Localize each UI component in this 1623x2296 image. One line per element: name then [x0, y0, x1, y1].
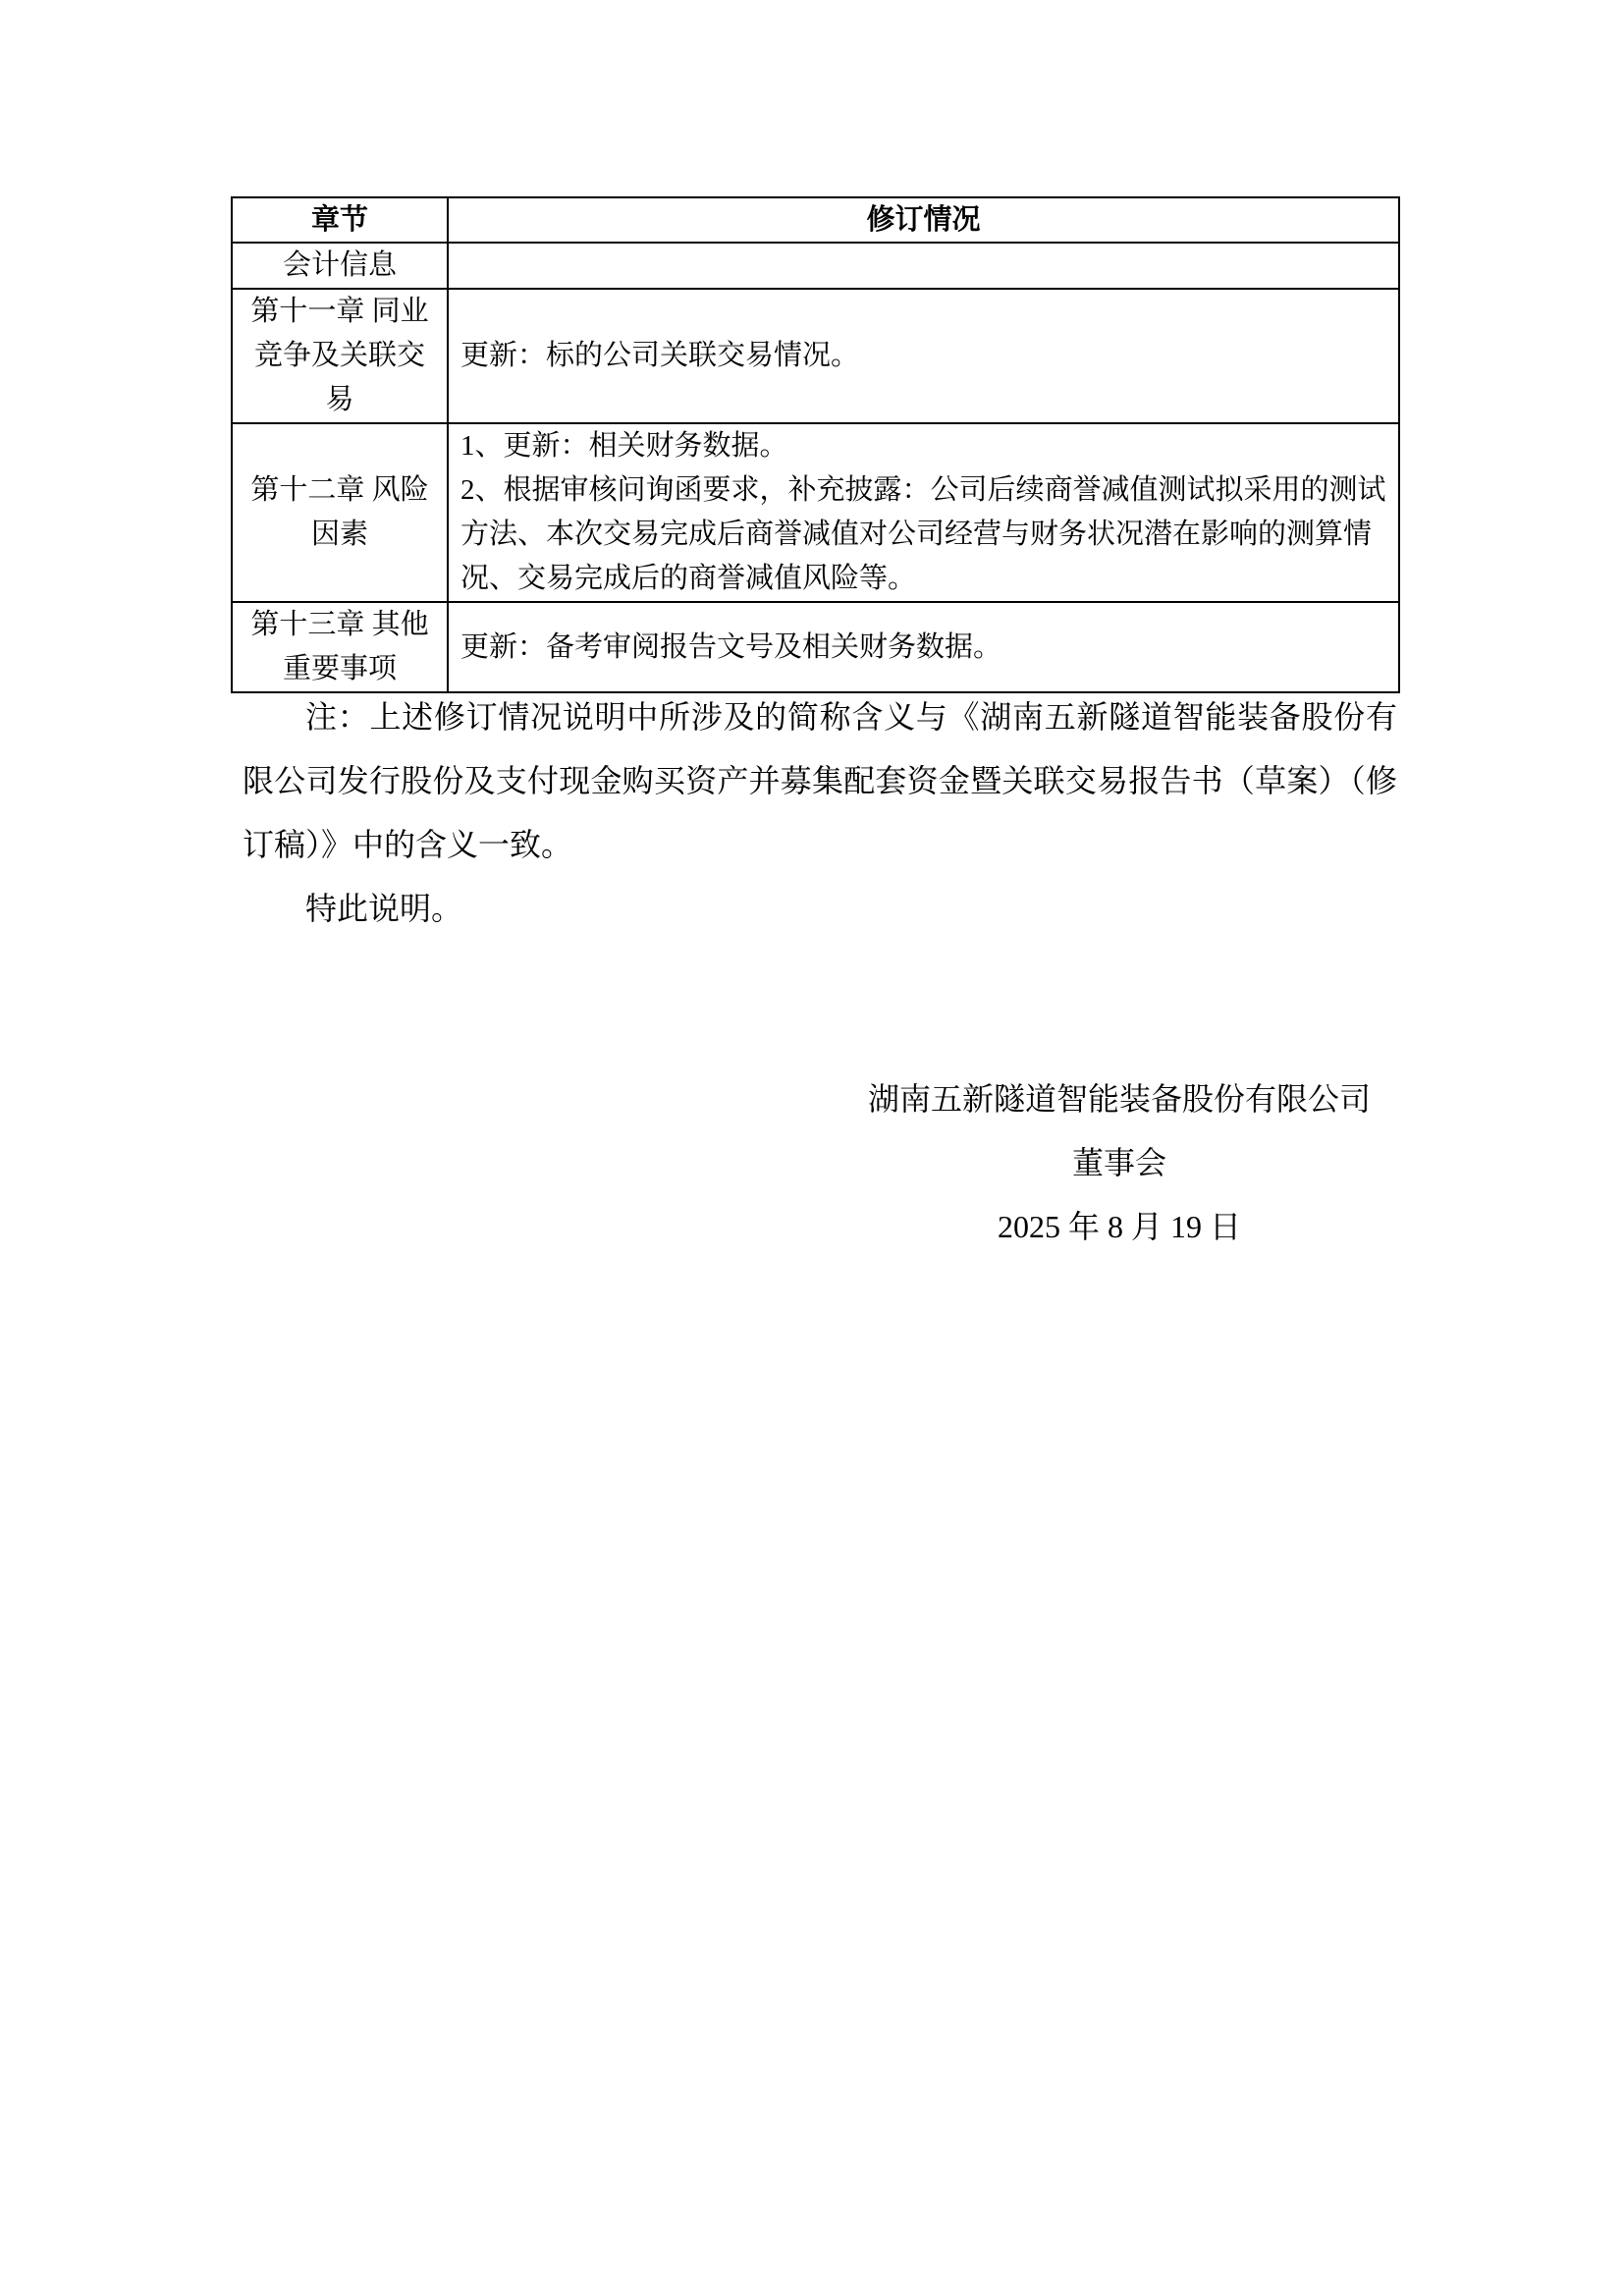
revision-cell: 1、更新：相关财务数据。 2、根据审核问询函要求，补充披露：公司后续商誉减值测试…: [448, 423, 1399, 602]
chapter-cell: 第十二章 风险因素: [232, 423, 448, 602]
signature-company: 湖南五新隧道智能装备股份有限公司: [825, 1067, 1414, 1131]
table-header-row: 章节 修订情况: [232, 197, 1399, 243]
table-row: 第十三章 其他重要事项 更新：备考审阅报告文号及相关财务数据。: [232, 602, 1399, 692]
note-paragraph: 注：上述修订情况说明中所涉及的简称含义与《湖南五新隧道智能装备股份有限公司发行股…: [243, 685, 1397, 877]
revision-line: 1、更新：相关财务数据。: [460, 424, 1386, 468]
signature-block: 湖南五新隧道智能装备股份有限公司 董事会 2025 年 8 月 19 日: [825, 1067, 1414, 1259]
table-row: 第十二章 风险因素 1、更新：相关财务数据。 2、根据审核问询函要求，补充披露：…: [232, 423, 1399, 602]
document-page: 章节 修订情况 会计信息 第十一章 同业竞争及关联交易 更新：标的公司关联交易情…: [0, 0, 1623, 2296]
table-header-revision: 修订情况: [448, 197, 1399, 243]
chapter-cell: 第十一章 同业竞争及关联交易: [232, 289, 448, 423]
revision-cell: 更新：标的公司关联交易情况。: [448, 289, 1399, 423]
revision-table: 章节 修订情况 会计信息 第十一章 同业竞争及关联交易 更新：标的公司关联交易情…: [231, 196, 1400, 693]
signature-date: 2025 年 8 月 19 日: [825, 1195, 1414, 1259]
signature-board: 董事会: [825, 1131, 1414, 1195]
revision-cell-empty: [448, 243, 1399, 289]
table-row: 第十一章 同业竞争及关联交易 更新：标的公司关联交易情况。: [232, 289, 1399, 423]
revision-line: 2、根据审核问询函要求，补充披露：公司后续商誉减值测试拟采用的测试方法、本次交易…: [460, 468, 1386, 601]
chapter-cell: 会计信息: [232, 243, 448, 289]
closing-paragraph: 特此说明。: [243, 877, 1397, 941]
table-row: 会计信息: [232, 243, 1399, 289]
body-text-block: 注：上述修订情况说明中所涉及的简称含义与《湖南五新隧道智能装备股份有限公司发行股…: [243, 685, 1397, 941]
chapter-cell: 第十三章 其他重要事项: [232, 602, 448, 692]
revision-line: 更新：标的公司关联交易情况。: [460, 334, 1386, 378]
table-header-chapter: 章节: [232, 197, 448, 243]
revision-cell: 更新：备考审阅报告文号及相关财务数据。: [448, 602, 1399, 692]
revision-line: 更新：备考审阅报告文号及相关财务数据。: [460, 626, 1386, 670]
